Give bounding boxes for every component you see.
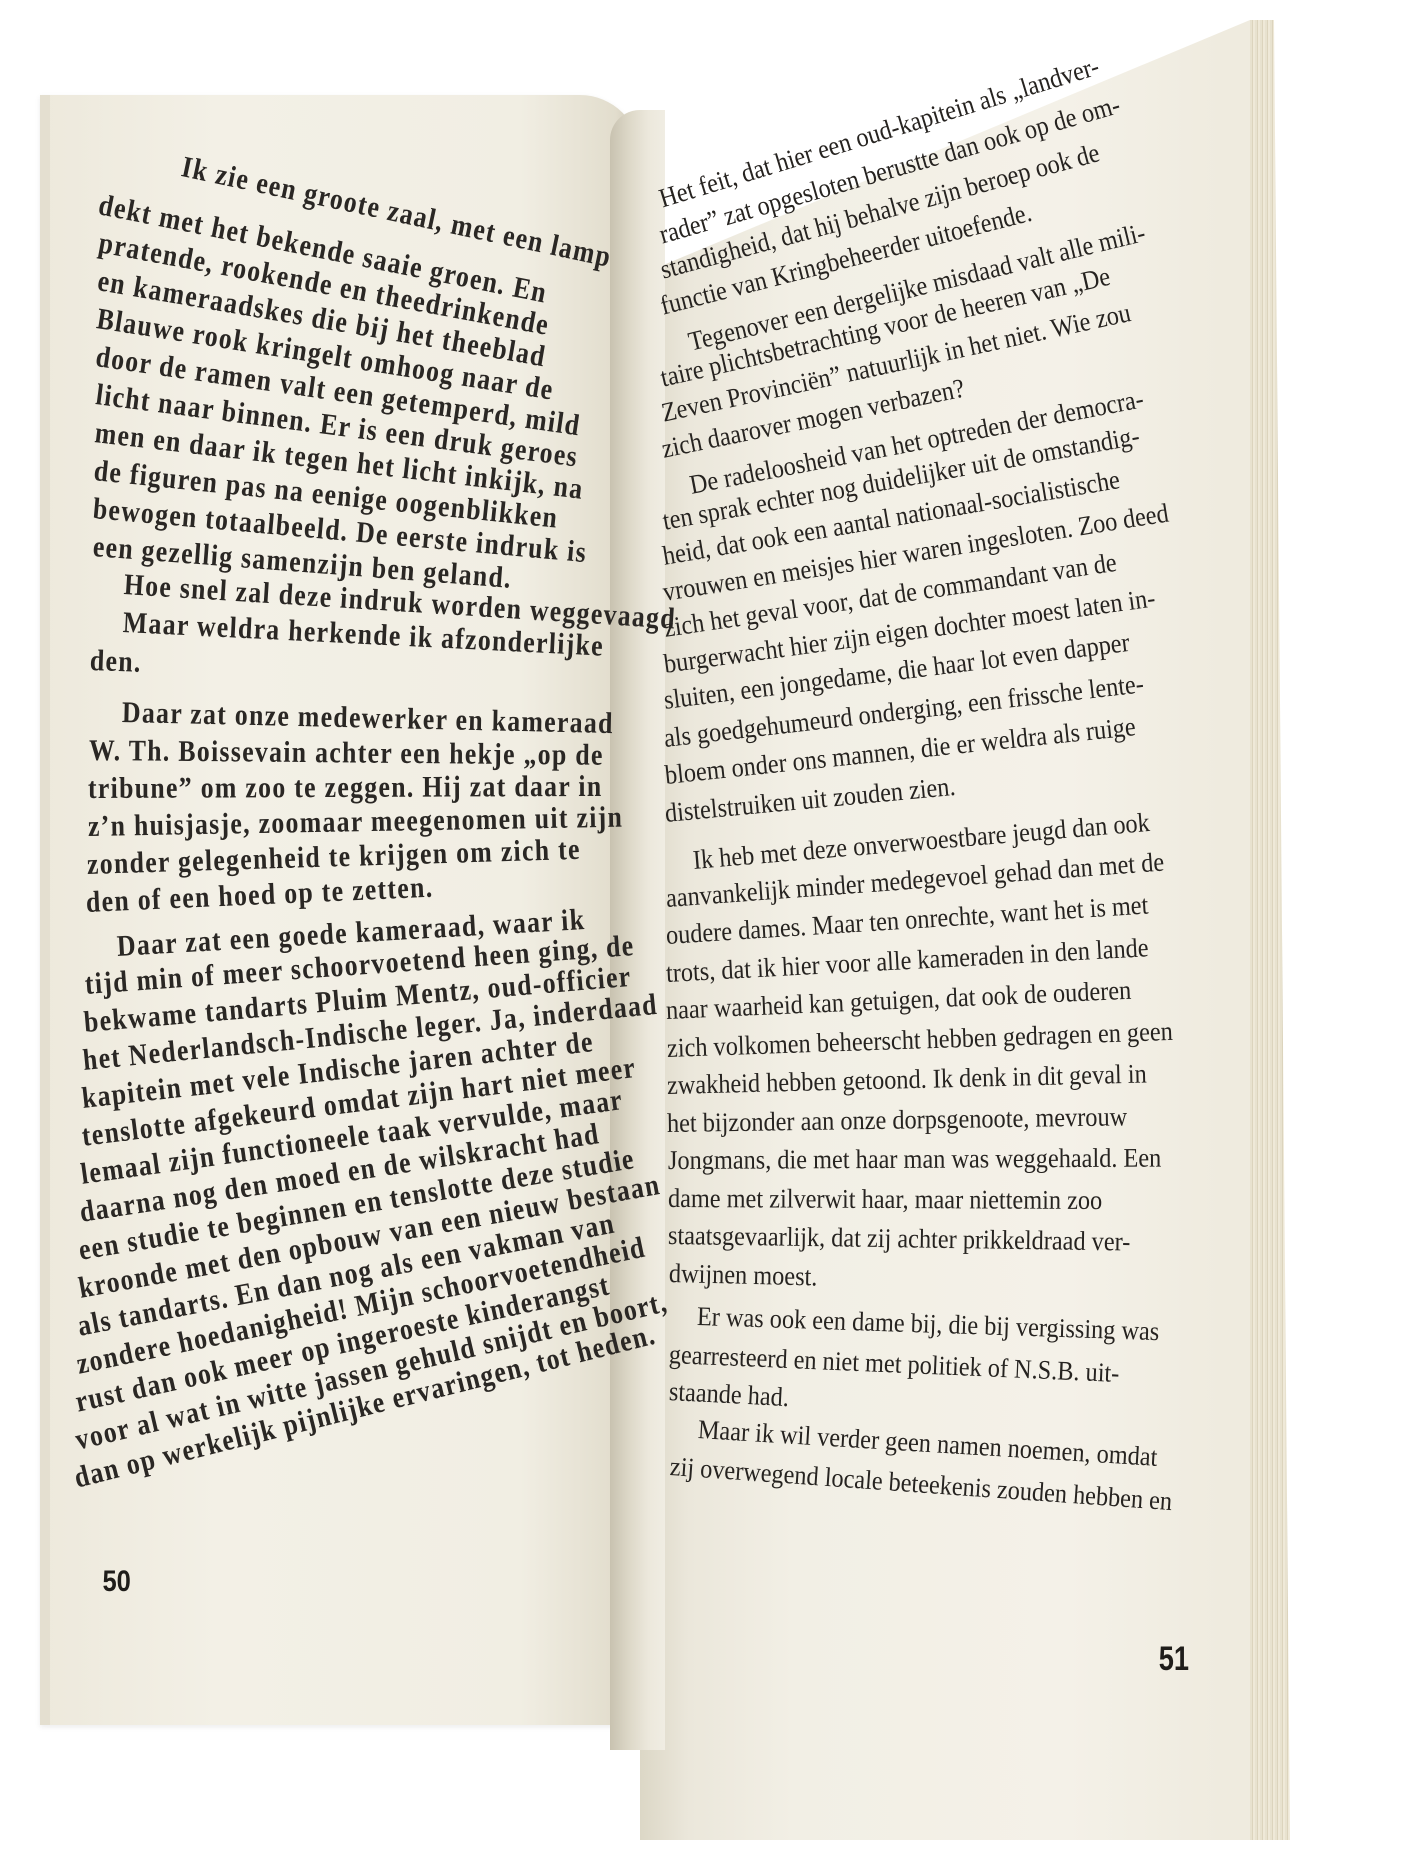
text-line: Jongmans, die met haar man was weggehaal… [668,1143,1161,1176]
text-line: staatsgevaarlijk, dat zij achter prikkel… [668,1220,1131,1257]
page-number-left: 50 [103,1565,131,1599]
open-book: Ik zie een groote zaal, met een lampdekt… [0,0,1413,1859]
text-line: staande had. [669,1376,791,1413]
text-line: den. [90,644,143,680]
page-number-right: 51 [1159,1640,1189,1679]
text-line: W. Th. Boissevain achter een hekje „op d… [89,734,604,773]
text-line: het bijzonder aan onze dorpsgenoote, mev… [667,1101,1128,1139]
text-line: dwijnen moest. [668,1258,817,1292]
page-edges [1250,20,1290,1840]
text-line: tribune” om zoo te zeggen. Hij zat daar … [88,770,603,806]
text-line: dame met zilverwit haar, maar niettemin … [668,1183,1102,1216]
